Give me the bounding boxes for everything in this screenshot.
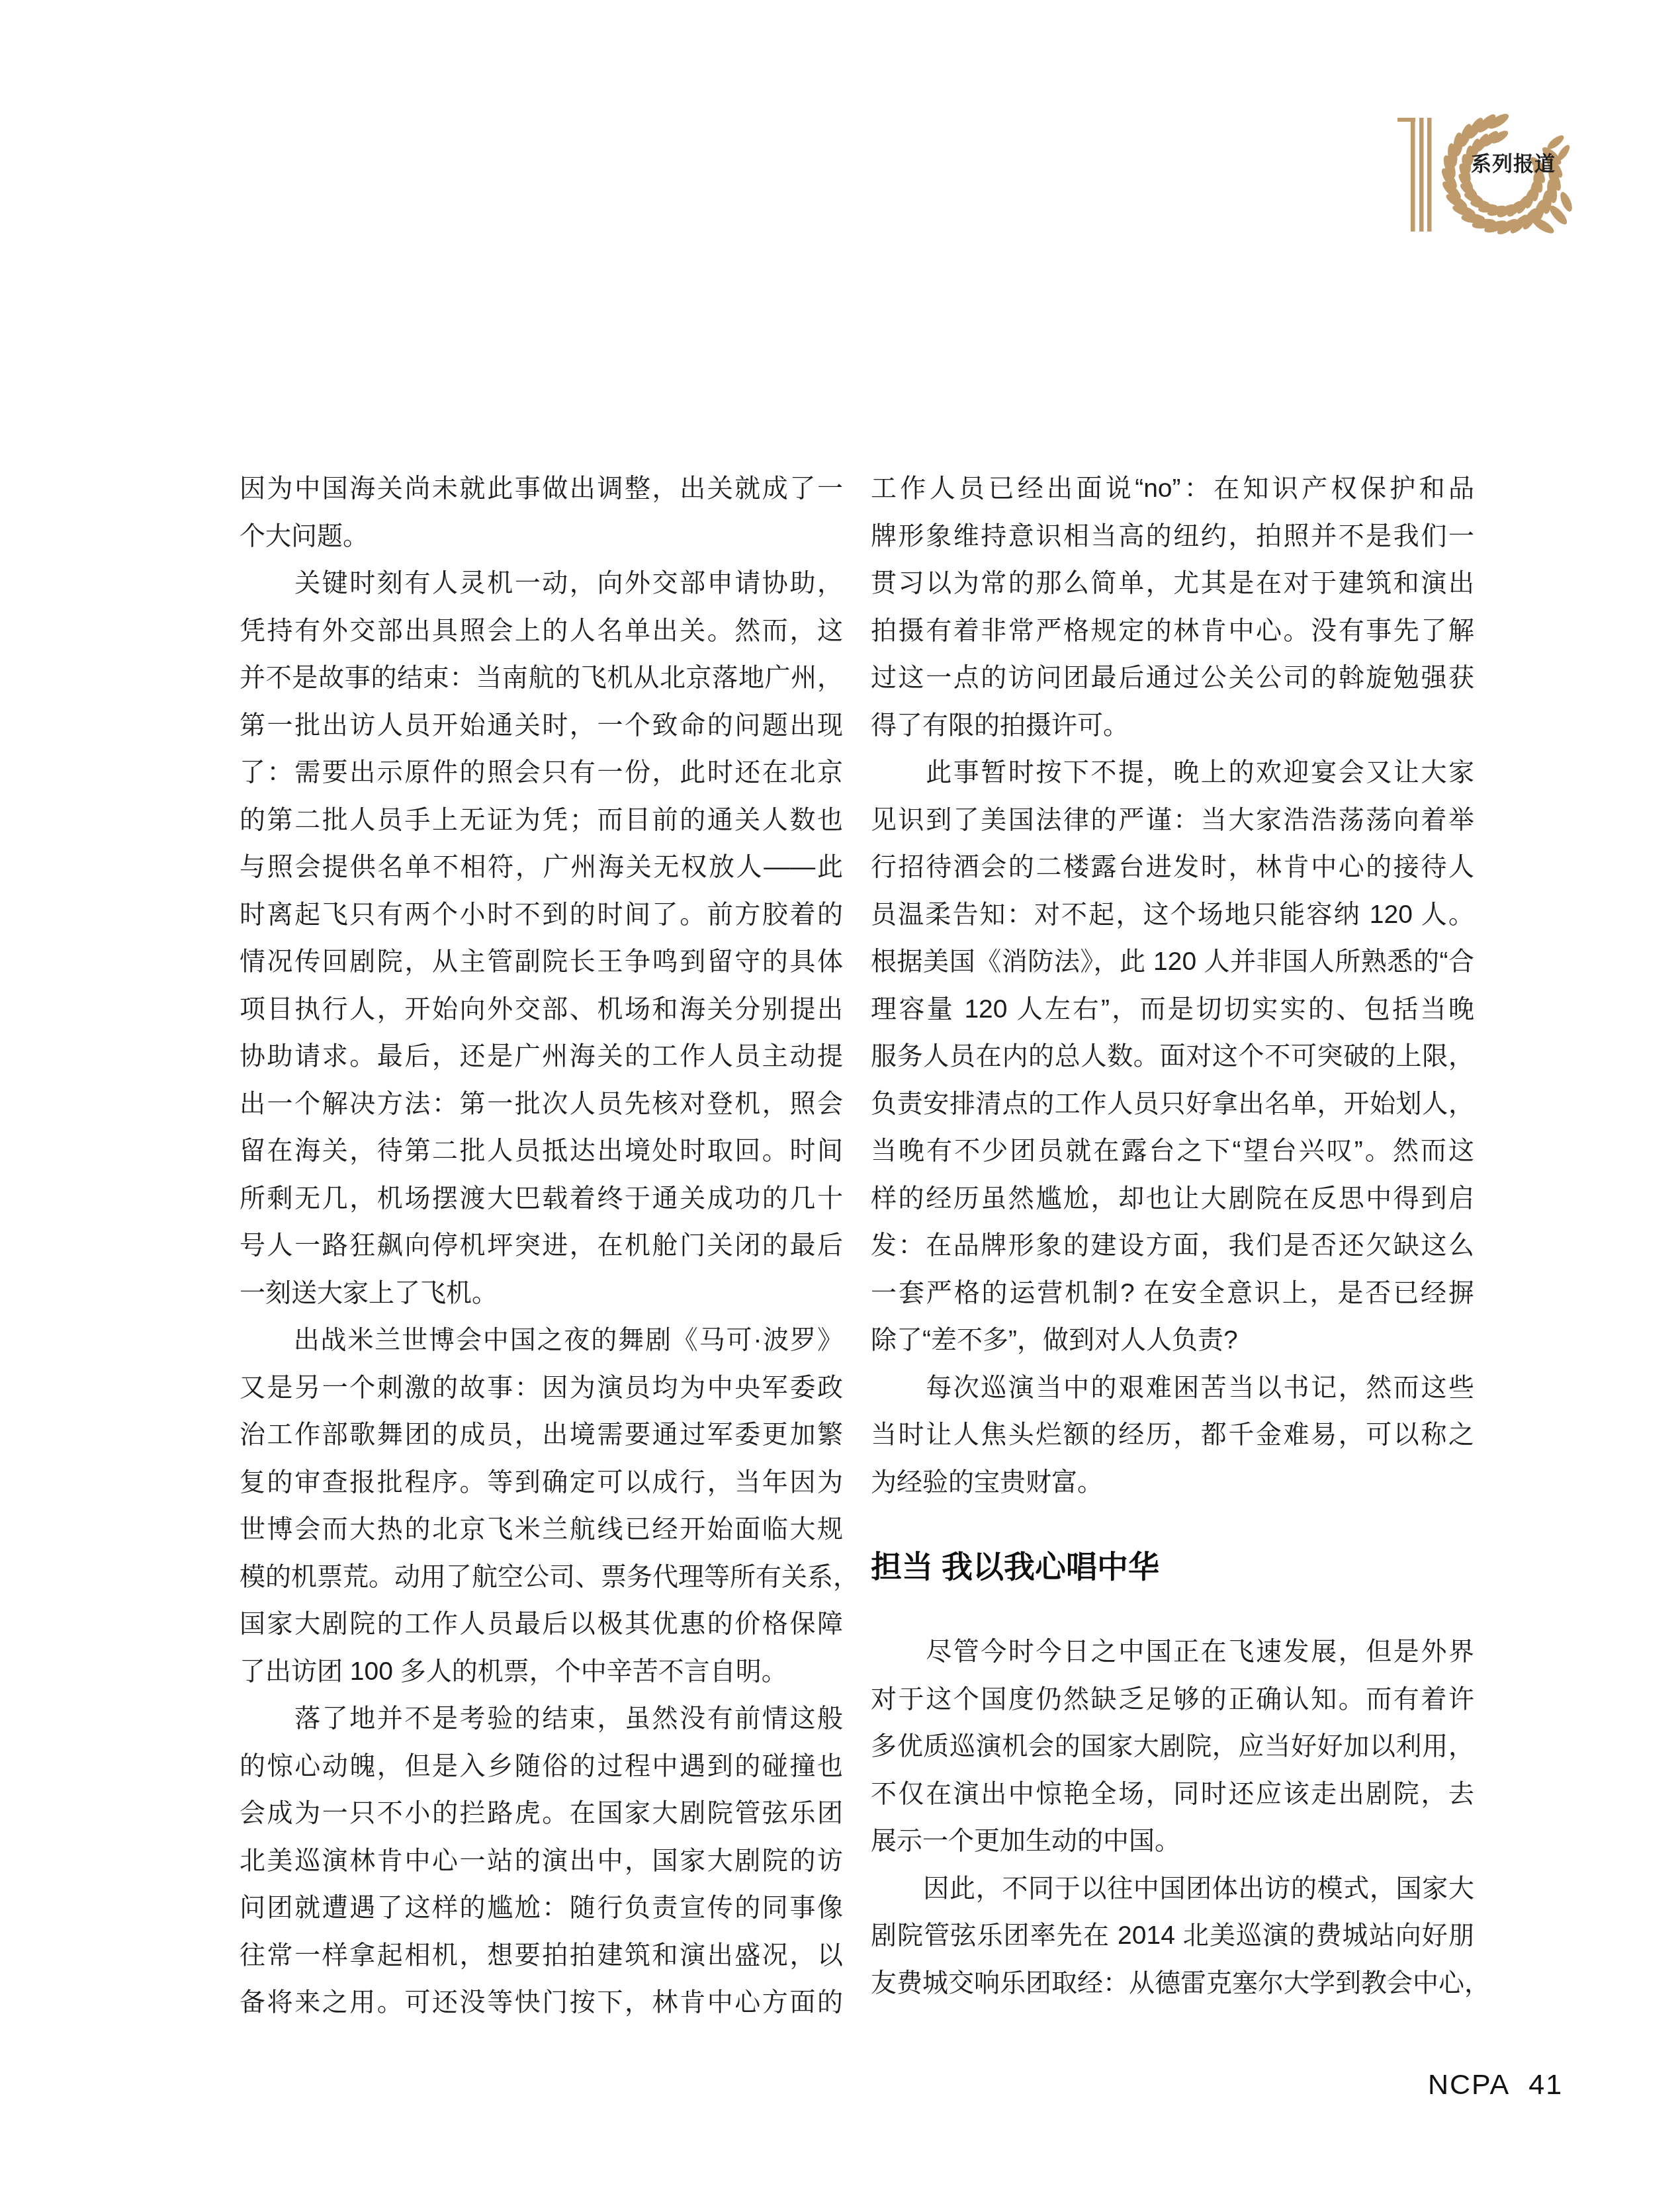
text-line: 北美巡演林肯中心一站的演出中，国家大剧院的访 [240,1837,843,1885]
text-line: 协助请求。最后，还是广州海关的工作人员主动提 [240,1033,843,1080]
text-line: 多优质巡演机会的国家大剧院，应当好好加以利用， [871,1723,1474,1771]
text-line: 项目执行人，开始向外交部、机场和海关分别提出 [240,986,843,1033]
text-line: 出一个解决方法：第一批次人员先核对登机，照会 [240,1080,843,1128]
text-line: 当时让人焦头烂额的经历，都千金难易，可以称之 [871,1411,1474,1459]
text-line: 工作人员已经出面说“no”：在知识产权保护和品 [871,465,1474,513]
text-line: 时离起飞只有两个小时不到的时间了。前方胶着的 [240,891,843,939]
text-line: 又是另一个刺激的故事：因为演员均为中央军委政 [240,1364,843,1412]
text-line: 得了有限的拍摄许可。 [871,702,1474,750]
paragraph: 关键时刻有人灵机一动，向外交部申请协助，凭持有外交部出具照会上的人名单出关。然而… [240,560,843,1317]
right-column: 工作人员已经出面说“no”：在知识产权保护和品牌形象维持意识相当高的纽约，拍照并… [871,465,1474,2007]
text-line: 友费城交响乐团取经：从德雷克塞尔大学到教会中心， [871,1960,1474,2007]
paragraph: 此事暂时按下不提，晚上的欢迎宴会又让大家见识到了美国法律的严谨：当大家浩浩荡荡向… [871,749,1474,1364]
text-line: 尽管今时今日之中国正在飞速发展，但是外界 [871,1628,1474,1676]
text-line: 对于这个国度仍然缺乏足够的正确认知。而有着许 [871,1676,1474,1724]
text-line: 行招待酒会的二楼露台进发时，林肯中心的接待人 [871,844,1474,891]
paragraph: 出战米兰世博会中国之夜的舞剧《马可·波罗》又是另一个刺激的故事：因为演员均为中央… [240,1317,843,1695]
text-line: 国家大剧院的工作人员最后以极其优惠的价格保障 [240,1600,843,1648]
text-line: 了出访团 100 多人的机票，个中辛苦不言自明。 [240,1648,843,1696]
text-line: 复的审查报批程序。等到确定可以成行，当年因为 [240,1459,843,1507]
text-line: 因此，不同于以往中国团体出访的模式，国家大 [871,1865,1474,1913]
section-heading: 担当 我以我心唱中华 [871,1543,1474,1591]
text-line: 治工作部歌舞团的成员，出境需要通过军委更加繁 [240,1411,843,1459]
text-line: 服务人员在内的总人数。面对这个不可突破的上限， [871,1033,1474,1080]
paragraph: 尽管今时今日之中国正在飞速发展，但是外界对于这个国度仍然缺乏足够的正确认知。而有… [871,1628,1474,1865]
text-line: 每次巡演当中的艰难困苦当以书记，然而这些 [871,1364,1474,1412]
text-line: 并不是故事的结束：当南航的飞机从北京落地广州， [240,654,843,702]
text-line: 所剩无几，机场摆渡大巴载着终于通关成功的几十 [240,1175,843,1223]
anniversary-10-logo: 系列报道 [1395,109,1573,241]
text-line: 一刻送大家上了飞机。 [240,1270,843,1317]
text-line: 为经验的宝贵财富。 [871,1459,1474,1507]
text-line: 第一批出访人员开始通关时，一个致命的问题出现 [240,702,843,750]
text-line: 了：需要出示原件的照会只有一份，此时还在北京 [240,749,843,797]
paragraph: 每次巡演当中的艰难困苦当以书记，然而这些当时让人焦头烂额的经历，都千金难易，可以… [871,1364,1474,1507]
page-footer: NCPA41 [1428,2070,1563,2100]
text-line: 除了“差不多”，做到对人人负责? [871,1317,1474,1364]
text-line: 号人一路狂飙向停机坪突进，在机舱门关闭的最后 [240,1222,843,1270]
text-line: 拍摄有着非常严格规定的林肯中心。没有事先了解 [871,607,1474,655]
text-line: 留在海关，待第二批人员抵达出境处时取回。时间 [240,1127,843,1175]
text-line: 当晚有不少团员就在露台之下“望台兴叹”。然而这 [871,1127,1474,1175]
text-line: 个大问题。 [240,513,843,560]
text-line: 见识到了美国法律的严谨：当大家浩浩荡荡向着举 [871,797,1474,844]
text-line: 此事暂时按下不提，晚上的欢迎宴会又让大家 [871,749,1474,797]
text-line: 关键时刻有人灵机一动，向外交部申请协助， [240,560,843,607]
text-line: 展示一个更加生动的中国。 [871,1817,1474,1865]
text-line: 负责安排清点的工作人员只好拿出名单，开始划人， [871,1080,1474,1128]
paragraph: 落了地并不是考验的结束，虽然没有前情这般的惊心动魄，但是入乡随俗的过程中遇到的碰… [240,1695,843,2027]
text-line: 理容量 120 人左右”，而是切切实实的、包括当晚 [871,986,1474,1033]
text-line: 发：在品牌形象的建设方面，我们是否还欠缺这么 [871,1222,1474,1270]
wreath-10-graphic [1395,109,1573,241]
paragraph: 工作人员已经出面说“no”：在知识产权保护和品牌形象维持意识相当高的纽约，拍照并… [871,465,1474,749]
journal-brand: NCPA [1428,2069,1510,2101]
text-line: 备将来之用。可还没等快门按下，林肯中心方面的 [240,1979,843,2027]
paragraph: 因此，不同于以往中国团体出访的模式，国家大剧院管弦乐团率先在 2014 北美巡演… [871,1865,1474,2007]
text-line: 模的机票荒。动用了航空公司、票务代理等所有关系， [240,1553,843,1601]
text-line: 与照会提供名单不相符，广州海关无权放人——此 [240,844,843,891]
text-line: 情况传回剧院，从主管副院长王争鸣到留守的具体 [240,938,843,986]
series-report-label: 系列报道 [1471,153,1556,175]
paragraph: 因为中国海关尚未就此事做出调整，出关就成了一个大问题。 [240,465,843,560]
text-line: 出战米兰世博会中国之夜的舞剧《马可·波罗》 [240,1317,843,1364]
text-line: 牌形象维持意识相当高的纽约，拍照并不是我们一 [871,513,1474,560]
text-line: 往常一样拿起相机，想要拍拍建筑和演出盛况，以 [240,1932,843,1980]
text-line: 样的经历虽然尴尬，却也让大剧院在反思中得到启 [871,1175,1474,1223]
text-line: 员温柔告知：对不起，这个场地只能容纳 120 人。 [871,891,1474,939]
text-line: 过这一点的访问团最后通过公关公司的斡旋勉强获 [871,654,1474,702]
text-line: 贯习以为常的那么简单，尤其是在对于建筑和演出 [871,560,1474,607]
page-number: 41 [1528,2069,1563,2101]
right-column-lower: 尽管今时今日之中国正在飞速发展，但是外界对于这个国度仍然缺乏足够的正确认知。而有… [871,1628,1474,2007]
text-line: 剧院管弦乐团率先在 2014 北美巡演的费城站向好朋 [871,1912,1474,1960]
left-column: 因为中国海关尚未就此事做出调整，出关就成了一个大问题。 关键时刻有人灵机一动，向… [240,465,843,2027]
text-line: 会成为一只不小的拦路虎。在国家大剧院管弦乐团 [240,1790,843,1837]
text-line: 落了地并不是考验的结束，虽然没有前情这般 [240,1695,843,1743]
numeral-one-strokes [1397,118,1432,232]
text-line: 世博会而大热的北京飞米兰航线已经开始面临大规 [240,1506,843,1553]
text-line: 因为中国海关尚未就此事做出调整，出关就成了一 [240,465,843,513]
text-line: 的第二批人员手上无证为凭；而目前的通关人数也 [240,797,843,844]
text-line: 问团就遭遇了这样的尴尬：随行负责宣传的同事像 [240,1884,843,1932]
text-line: 凭持有外交部出具照会上的人名单出关。然而，这 [240,607,843,655]
text-line: 根据美国《消防法》，此 120 人并非国人所熟悉的“合 [871,938,1474,986]
text-line: 的惊心动魄，但是入乡随俗的过程中遇到的碰撞也 [240,1743,843,1790]
text-line: 不仅在演出中惊艳全场，同时还应该走出剧院，去 [871,1771,1474,1818]
text-line: 一套严格的运营机制? 在安全意识上，是否已经摒 [871,1270,1474,1317]
right-column-upper: 工作人员已经出面说“no”：在知识产权保护和品牌形象维持意识相当高的纽约，拍照并… [871,465,1474,1506]
